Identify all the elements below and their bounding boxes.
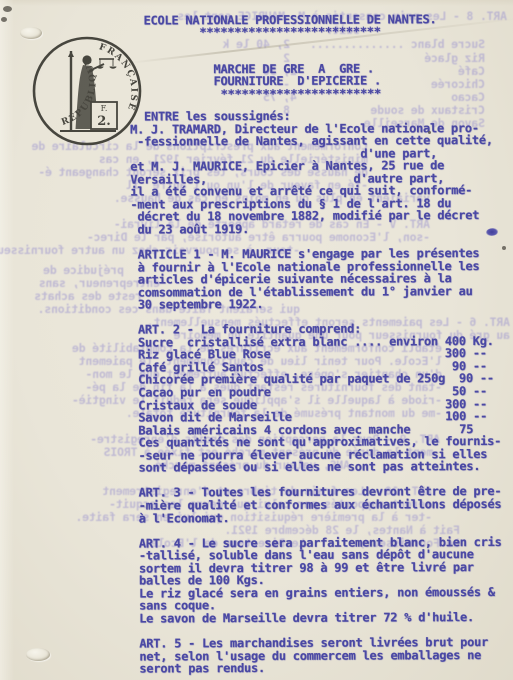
- document-line: sont dépassées ou si elles ne sont pas a…: [132, 460, 513, 474]
- paper-mark: [3, 6, 12, 12]
- typewritten-text-layer: ECOLE NATIONALE PROFESSIONNELLE DE NANTE…: [0, 0, 513, 680]
- paper-mark: [502, 246, 506, 250]
- document-header-line: ***********************: [130, 87, 512, 101]
- paper-mark: [26, 648, 50, 661]
- scanned-document-page: ART. 8 - Les prix consentis à M. MAURICE…: [0, 0, 513, 680]
- document-header: ECOLE NATIONALE PROFESSIONNELLE DE NANTE…: [130, 13, 512, 101]
- document-body: ENTRE les soussignés:M. J. TRAMARD, Dire…: [130, 109, 513, 675]
- paper-mark: [1, 17, 7, 22]
- document-line: seront pas rendus.: [132, 661, 513, 675]
- document-line: Le savon de Marseille devra titrer 72 % …: [132, 611, 513, 625]
- paper-mark: [20, 27, 42, 39]
- paper-mark: [428, 131, 431, 134]
- document-line: -mière qualité et conformes aux échantil…: [132, 498, 513, 512]
